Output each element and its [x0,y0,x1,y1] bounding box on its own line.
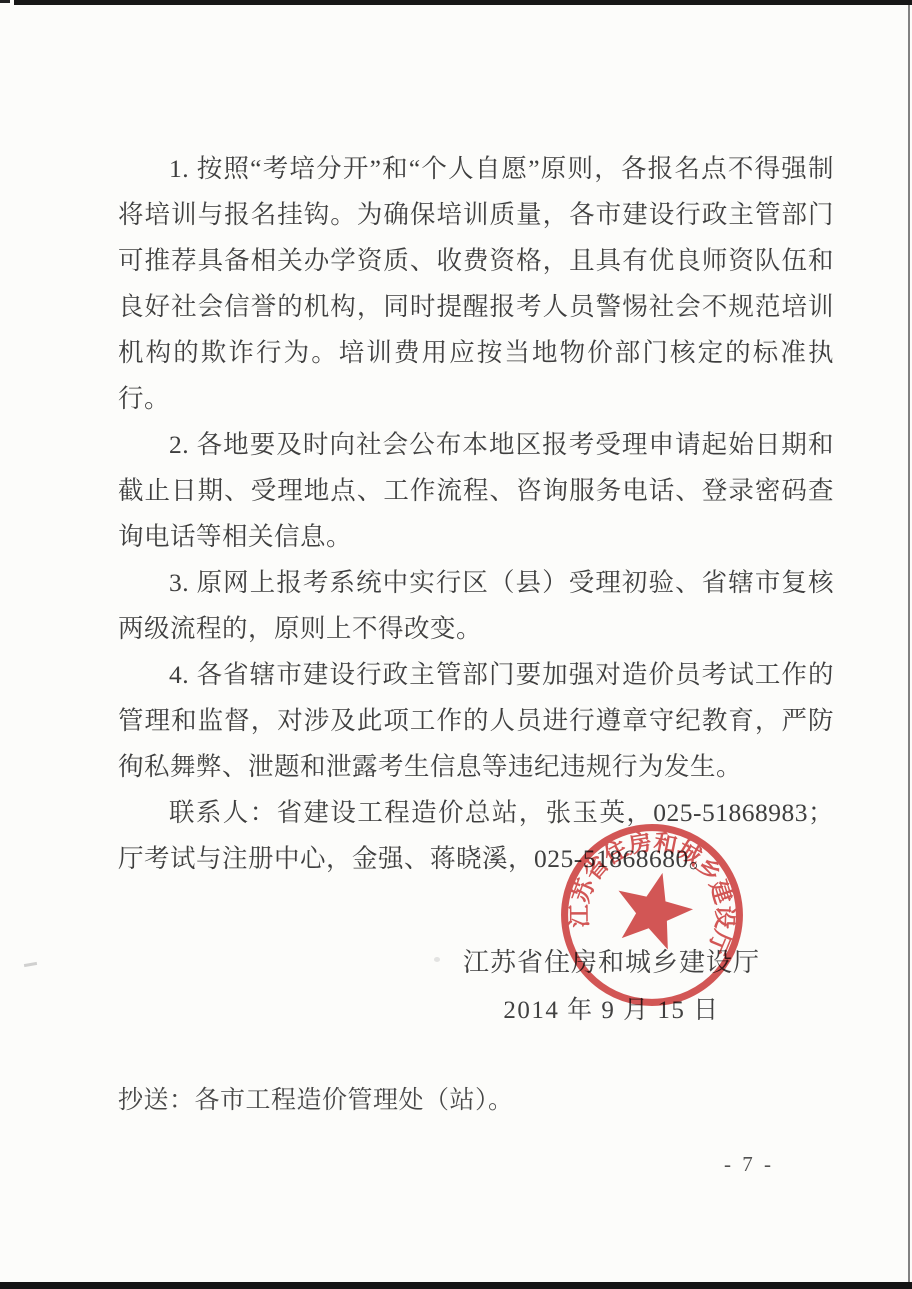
paragraph-2: 2. 各地要及时向社会公布本地区报考受理申请起始日期和截止日期、受理地点、工作流… [118,422,834,560]
scanned-document-page: 1. 按照“考培分开”和“个人自愿”原则，各报名点不得强制将培训与报名挂钩。为确… [0,0,912,1289]
cc-line: 抄送：各市工程造价管理处（站）。 [118,1084,834,1118]
scan-smudge [24,962,37,967]
scan-edge-top-corner [0,0,10,3]
official-seal: 江苏省住房和城乡建设厅 [556,819,748,1011]
scan-smudge [434,957,440,962]
seal-group: 江苏省住房和城乡建设厅 [556,819,748,1011]
seal-star-icon [608,864,700,954]
scan-edge-top [14,0,912,5]
paragraph-1: 1. 按照“考培分开”和“个人自愿”原则，各报名点不得强制将培训与报名挂钩。为确… [118,146,834,422]
paragraph-4: 4. 各省辖市建设行政主管部门要加强对造价员考试工作的管理和监督，对涉及此项工作… [118,652,834,790]
scan-edge-right [908,5,910,1282]
page-number: - 7 - [724,1152,774,1177]
paragraph-3: 3. 原网上报考系统中实行区（县）受理初验、省辖市复核两级流程的，原则上不得改变… [118,560,834,652]
scan-edge-bottom [0,1282,912,1289]
